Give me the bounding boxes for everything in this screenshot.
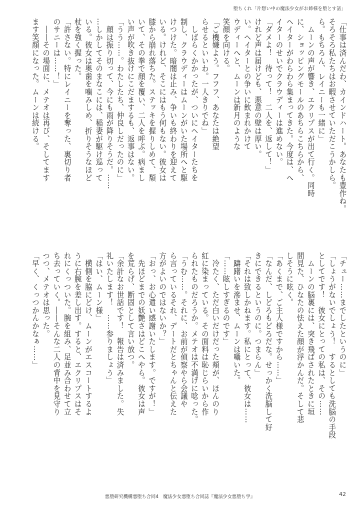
text-column: 「許さない。特にレイニーを奪った、裏切り者 [62, 18, 73, 248]
text-column: いて、その拳で顔を覆い、二人を呼ぶ。病まし [136, 18, 147, 248]
text-column: 「仕事は済んだわ、カインドハート。あなたも豊作ね。 [337, 18, 348, 248]
text-column: 方がよいのではないか？」 [157, 252, 168, 488]
text-column: らせるといいわ。一人きりでね」 [200, 18, 211, 248]
text-column: いる。けれど、そこにはもう何もない。彼女は [157, 18, 168, 248]
text-column: …しかしてそのまなこには、稲妻が駆け巡って [94, 18, 105, 248]
text-column: 礼いたします！ ……参りましょう」 [104, 252, 115, 488]
text-column: ウディーへと、ムーンは新月のような [231, 18, 242, 248]
text-column: 「ご機嫌よう。フフフ、あなたは絶望 [210, 18, 221, 248]
text-column: られたものだろうか。メテオは不満げに唸った。 [189, 252, 200, 488]
text-block-top: 「仕事は済んだわ、カインドハート。あなたも豊作ね。 そろそろ私たちはお暇させてい… [10, 18, 348, 248]
text-column: のサニーは……！」 [51, 18, 62, 248]
text-column: 「うう……。わたしたち、仲良しだったのに」 [115, 18, 126, 248]
text-column: 膝から崩れ落ちた。ステッキを握りしめて、頽 [147, 18, 158, 248]
text-column: つつ、メテオは思った。 [41, 252, 52, 488]
text-column: けれど声は届けども、悪意の壁は厚い。 [253, 18, 264, 248]
text-column: ます笑顔になった。ムーンは続ける。 [30, 18, 41, 248]
text-column: ち去っていく。――そんな二人の背中を見守り [51, 252, 62, 488]
text-column: に、ショッピングモールのあちらこちらから、 [295, 18, 306, 248]
text-column: 顔は振り切って、今にも雨が降りそうだ。…… [104, 18, 115, 248]
text-column: ムーンの脳裏には、突き飛ばされたときに垣 [306, 252, 317, 488]
text-column: そろそろ私たちはお暇させていただこうかしら。 [327, 18, 338, 248]
text-column: を荒らげ、断固として言い放つ。 [126, 252, 137, 488]
text-column: 横側を脇にどけ、ムーンがエスコートするよ [83, 252, 94, 488]
text-column: 躊躇いを滲ませ、ムーンは囁いた。 [231, 252, 242, 488]
text-column: しそうに呟く。 [284, 252, 295, 488]
text-column: 「うむ……。それに、お前が偵察やら会議や [179, 252, 190, 488]
text-column: ヘイターがわらわら集まってきた。今度は、へ [284, 18, 295, 248]
text-column: 「あくまで、ご主人様ですから……」 [274, 252, 285, 488]
text-column: 「余計なお世話です！ 報告は済みました。失 [115, 252, 126, 488]
text-column: としてです！ 彼女にとっての私は、その…… [316, 252, 327, 488]
text-column: 間見た、ひなたの怯えた顔が浮かんだ。そして悲 [295, 252, 306, 488]
text-column: きにできるというのに。つまらん」 [253, 252, 264, 488]
text-column: 「それは致しかねます。私にとって、彼女は…… [242, 252, 253, 488]
text-column: ら。もちろん、レイニーも一緒に」 [316, 18, 327, 248]
text-column: 「チュー……までしたというのに」 [337, 252, 348, 488]
text-column: ムーンの声が響き、エクリプスが出て行く。同時 [306, 18, 317, 248]
text-column: しばらくかかったが、ついにヘイターたちを [189, 18, 200, 248]
page-number: 42 [339, 492, 346, 498]
text-block-bottom: 「チュー……までしたというのに」 「しょうがないでしょう！ するとしても洗脳の手… [10, 252, 348, 488]
text-column: れにくっついた。腕を組み、足並み合わせて立 [62, 252, 73, 488]
text-column: 「おっ、お心遣い感謝いたします。ですが！」 [147, 252, 158, 488]
text-column: い。ヘイターとの争いに飲まれかけて [242, 18, 253, 248]
text-column: 「……眩しすぎるのです」 [221, 252, 232, 488]
text-column: ら言っているそれ、デートだとちゃんと伝えた [168, 252, 179, 488]
text-column: 冷たく、ただ白いだけだった頬が、ほんのり [210, 252, 221, 488]
text-column: 「早く、くっつかんかなぁ……」 [30, 252, 41, 488]
text-column: ――その場面に、メテオは再び、そしてます [41, 18, 52, 248]
text-column: いる。彼女は奥歯を噛みしめ、折りそうなほど [83, 18, 94, 248]
text-column: 「なんだ、しどろもどろだな。せっかく洗脳して好 [263, 252, 274, 488]
text-column: 「はい、ムーン様」 [94, 252, 105, 488]
text-column: 制し、クラウディーはムーンがいた場所へと駆 [179, 18, 190, 248]
text-column: 笑顔を向ける。 [221, 18, 232, 248]
footer-title: 悪堕研究機構悪堕ち合同4 魔法少女悪堕ち合同誌『魔法少女悪堕ち学』 [0, 494, 360, 500]
text-column: 先ほどまでの妖艶さはどこへやら。彼女は声 [136, 252, 147, 488]
text-column: 「しょうがないでしょう！ するとしても洗脳の手段 [327, 252, 338, 488]
text-column: けつけた。暗闇は止み、争いも終わりを迎えて [168, 18, 179, 248]
text-column: 杖を強く握った。 [73, 18, 84, 248]
text-column: イターのせいでクラウディーは進めない。 [274, 18, 285, 248]
text-column: 「ダメよ！ 待って！ 二人を、返して！」 [263, 18, 274, 248]
running-head: 堕ちくれ「片想い中の魔法少女がお姉様を堕とす話」 [233, 6, 346, 12]
text-column: うに右腕を差し出す。すると、エクリプスはそ [73, 252, 84, 488]
text-column: い声が吹き抜けにこだまするも、返事はない。 [126, 18, 137, 248]
text-column: 紅に染まっている。その面料は恥じらいから作 [200, 252, 211, 488]
